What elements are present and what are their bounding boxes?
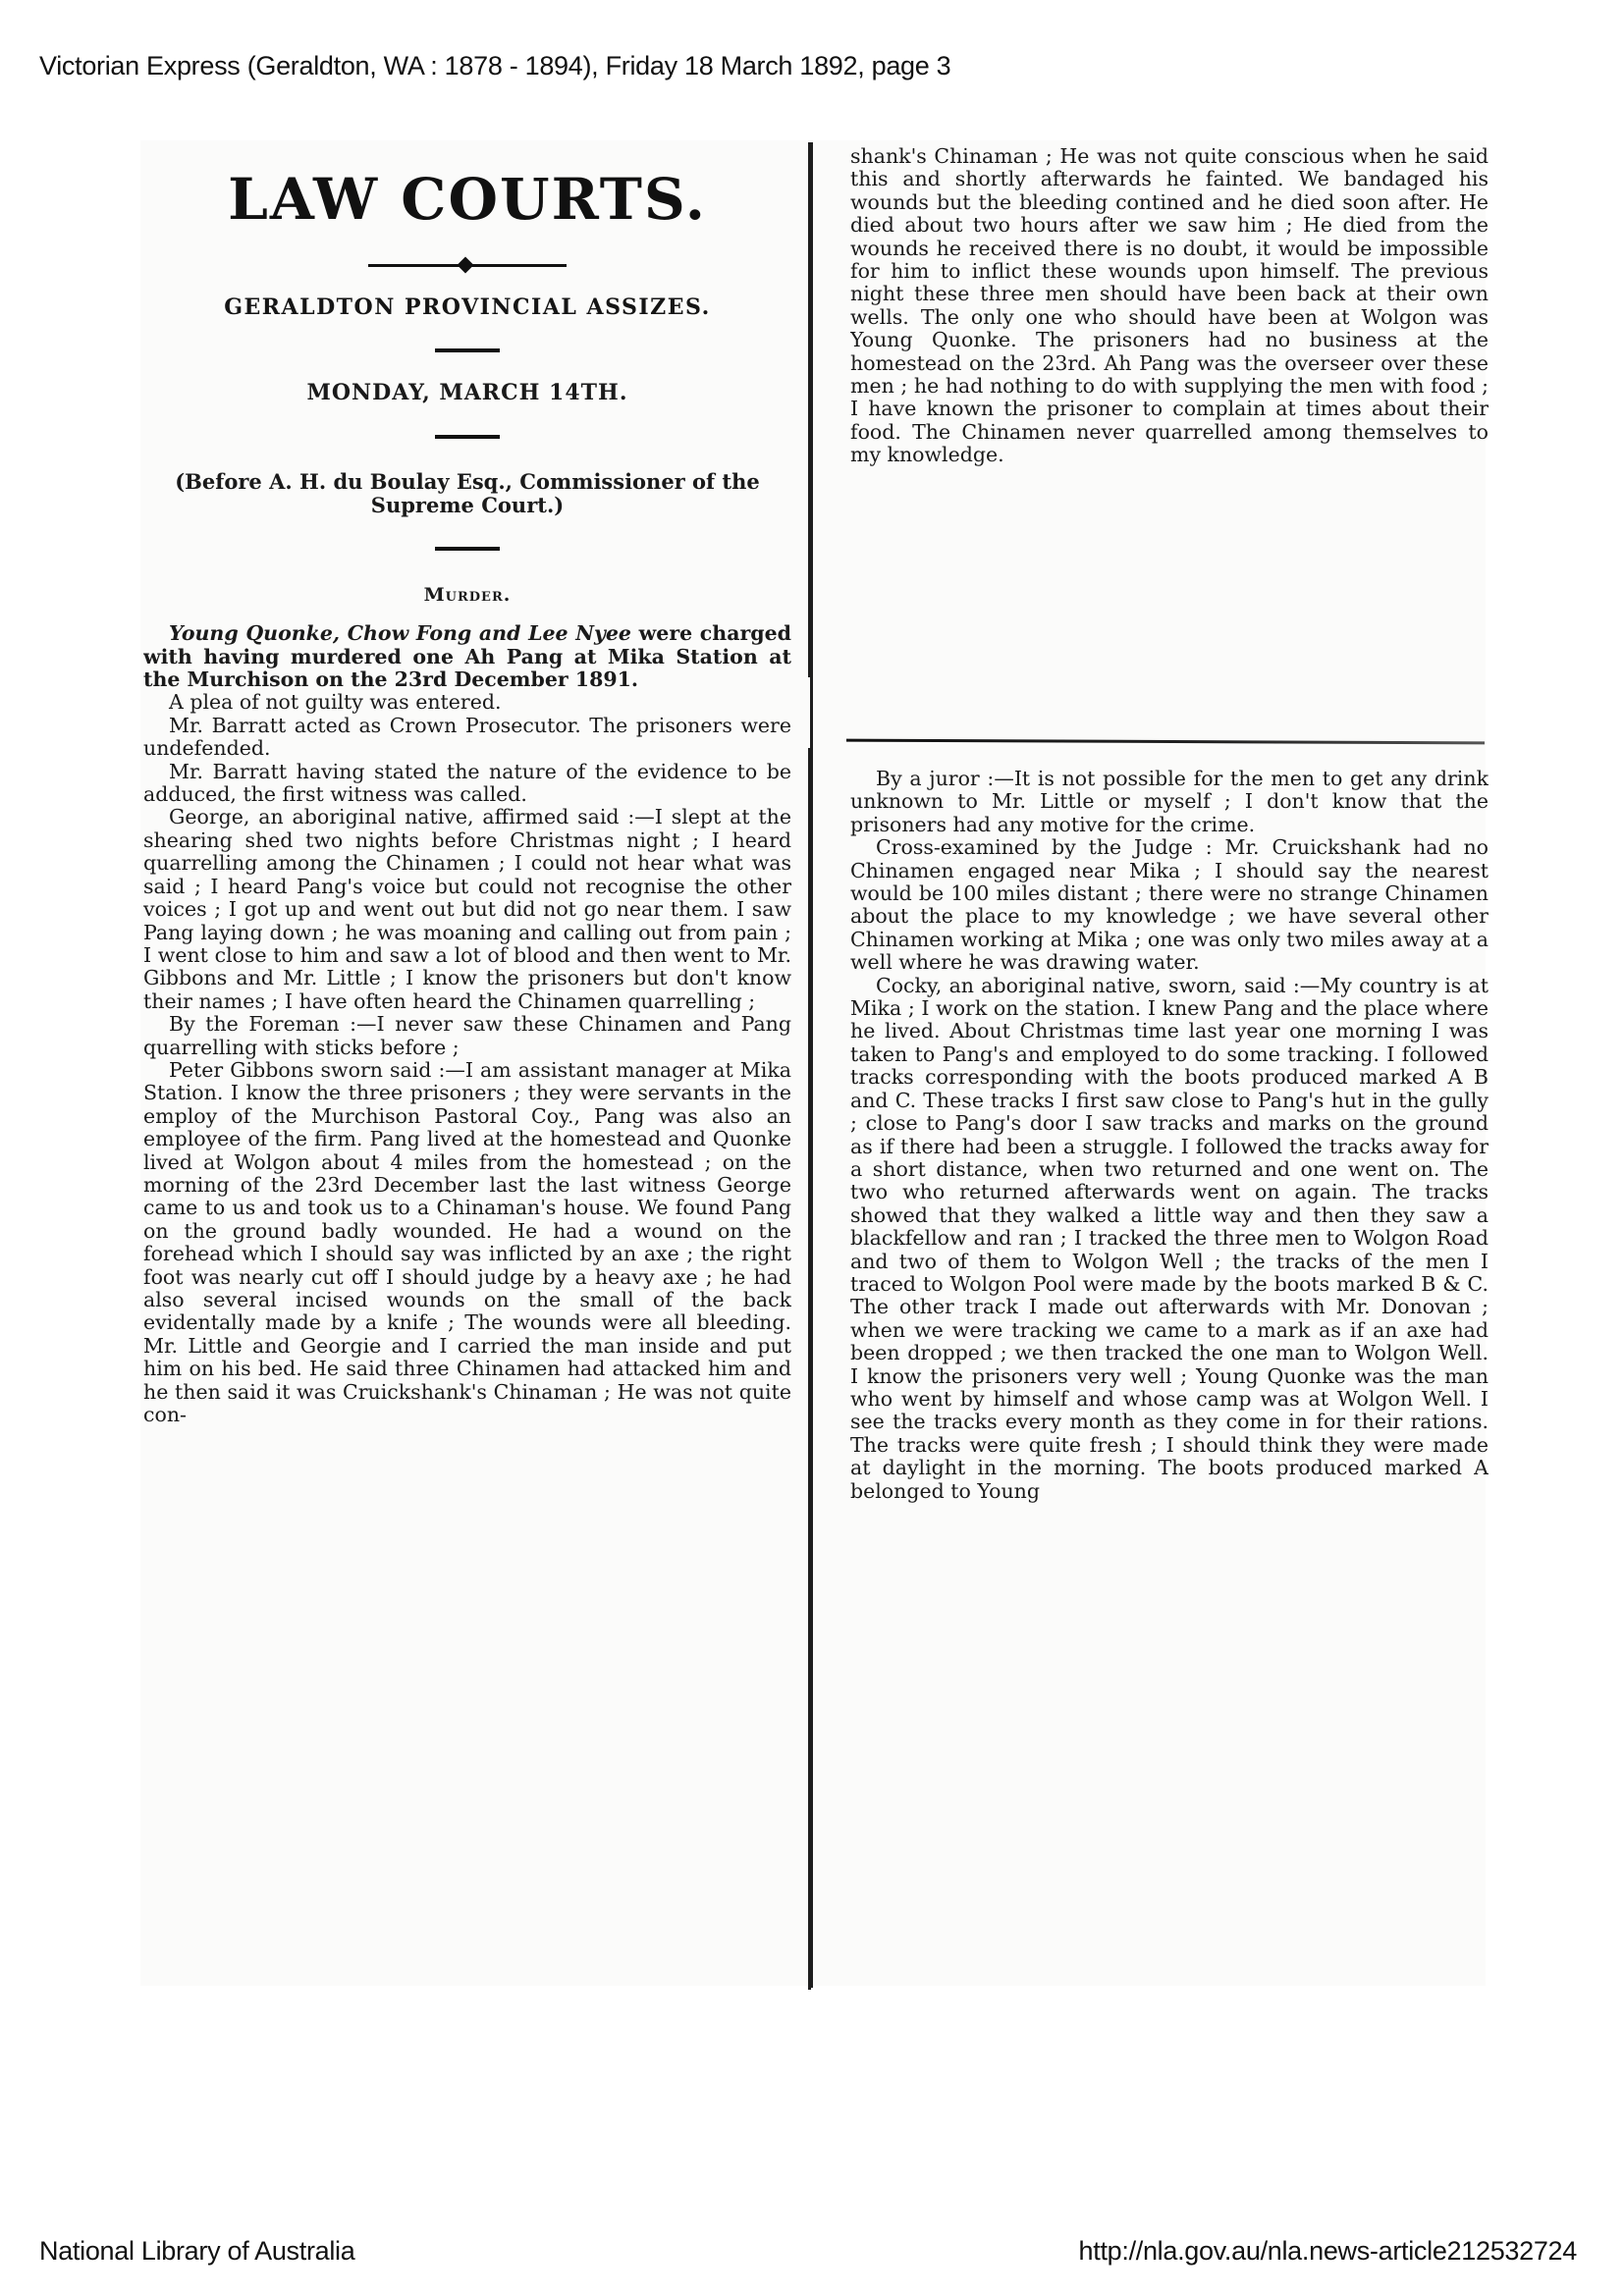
paragraph: Mr. Barratt having stated the nature of … [143,761,791,807]
ornament-divider [368,255,567,275]
paragraph: George, an aboriginal native, affirmed s… [143,806,791,1013]
paragraph: By a juror :—It is not possible for the … [850,768,1489,836]
paragraph: A plea of not guilty was entered. [143,691,791,714]
footer-source: National Library of Australia [39,2236,354,2267]
paragraph: Young Quonke, Chow Fong and Lee Nyee wer… [143,622,791,691]
paragraph: Cross-examined by the Judge : Mr. Cruick… [850,836,1489,974]
ornament-diamond-icon [458,257,474,274]
article-column-left: LAW COURTS. GERALDTON PROVINCIAL ASSIZES… [143,147,791,1985]
headline: LAW COURTS. [143,165,791,234]
short-rule [435,348,500,352]
article-column-right-bottom: By a juror :—It is not possible for the … [850,768,1489,1985]
paragraph: Peter Gibbons sworn said :—I am assistan… [143,1059,791,1427]
paragraph: Cocky, an aboriginal native, sworn, said… [850,975,1489,1503]
dateline: MONDAY, MARCH 14TH. [143,382,791,404]
short-rule [435,435,500,439]
footer-article-link[interactable]: http://nla.gov.au/nla.news-article212532… [1079,2236,1577,2267]
subheading: GERALDTON PROVINCIAL ASSIZES. [143,296,791,319]
column-rule-right-bottom [808,748,811,1990]
section-title: Murder. [143,584,791,607]
article-column-right-top: shank's Chinaman ; He was not quite cons… [850,145,1489,675]
paragraph: Mr. Barratt acted as Crown Prosecutor. T… [143,715,791,761]
paragraph: shank's Chinaman ; He was not quite cons… [850,145,1489,467]
paragraph: By the Foreman :—I never saw these China… [143,1013,791,1059]
column-rule-right-top [808,142,811,677]
short-rule [435,547,500,551]
page-header-title: Victorian Express (Geraldton, WA : 1878 … [39,51,950,81]
presiding-judge-note: (Before A. H. du Boulay Esq., Commission… [143,470,791,517]
defendants-names: Young Quonke, Chow Fong and Lee Nyee [169,621,631,645]
